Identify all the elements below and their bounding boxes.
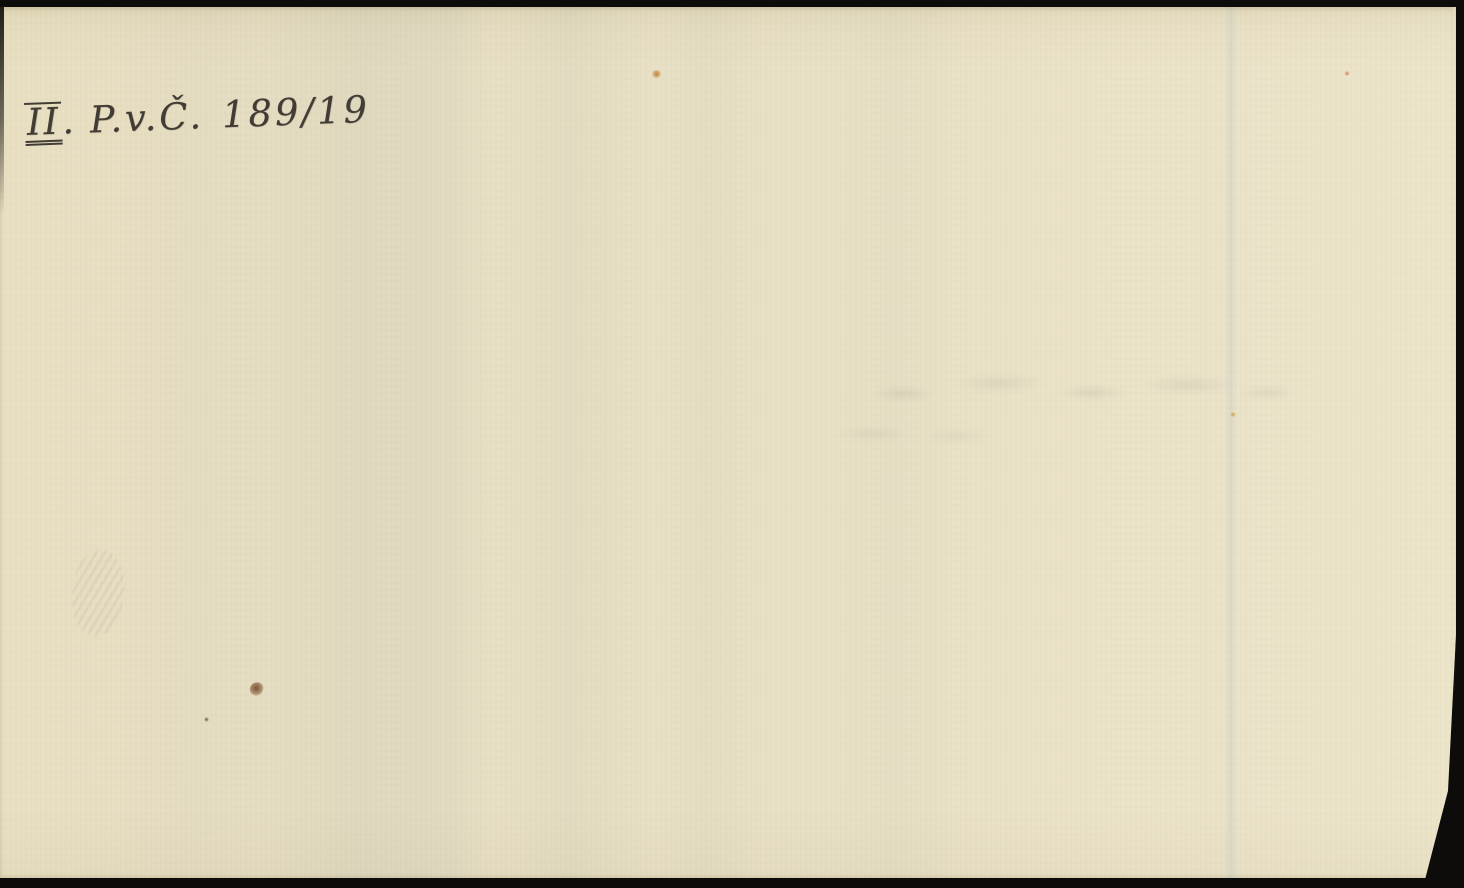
inscription-number: 189/19 xyxy=(221,88,371,137)
stain-rust-speck-top xyxy=(652,70,661,78)
inscription-numeral-dot: . xyxy=(61,99,76,142)
scanner-shadow-top-left xyxy=(0,0,4,215)
inscription-series: P.v.Č. xyxy=(89,94,205,141)
inscription-numeral: II xyxy=(24,102,63,147)
pencil-smudge xyxy=(68,547,129,640)
stain-rust-speck-mid xyxy=(1230,412,1236,417)
stain-rust-speck-right xyxy=(1344,71,1350,76)
paper-edge-highlight xyxy=(1453,7,1456,686)
handwritten-inscription: II.P.v.Č.189/19 xyxy=(24,88,371,146)
paper-card: II.P.v.Č.189/19 xyxy=(0,7,1456,878)
stain-brown-spot xyxy=(248,680,265,698)
stain-dark-dot xyxy=(204,717,209,722)
scanner-bed: II.P.v.Č.189/19 xyxy=(0,0,1464,888)
bleedthrough-ghost-lower xyxy=(815,417,1005,451)
bleedthrough-ghost-upper xyxy=(850,359,1290,417)
